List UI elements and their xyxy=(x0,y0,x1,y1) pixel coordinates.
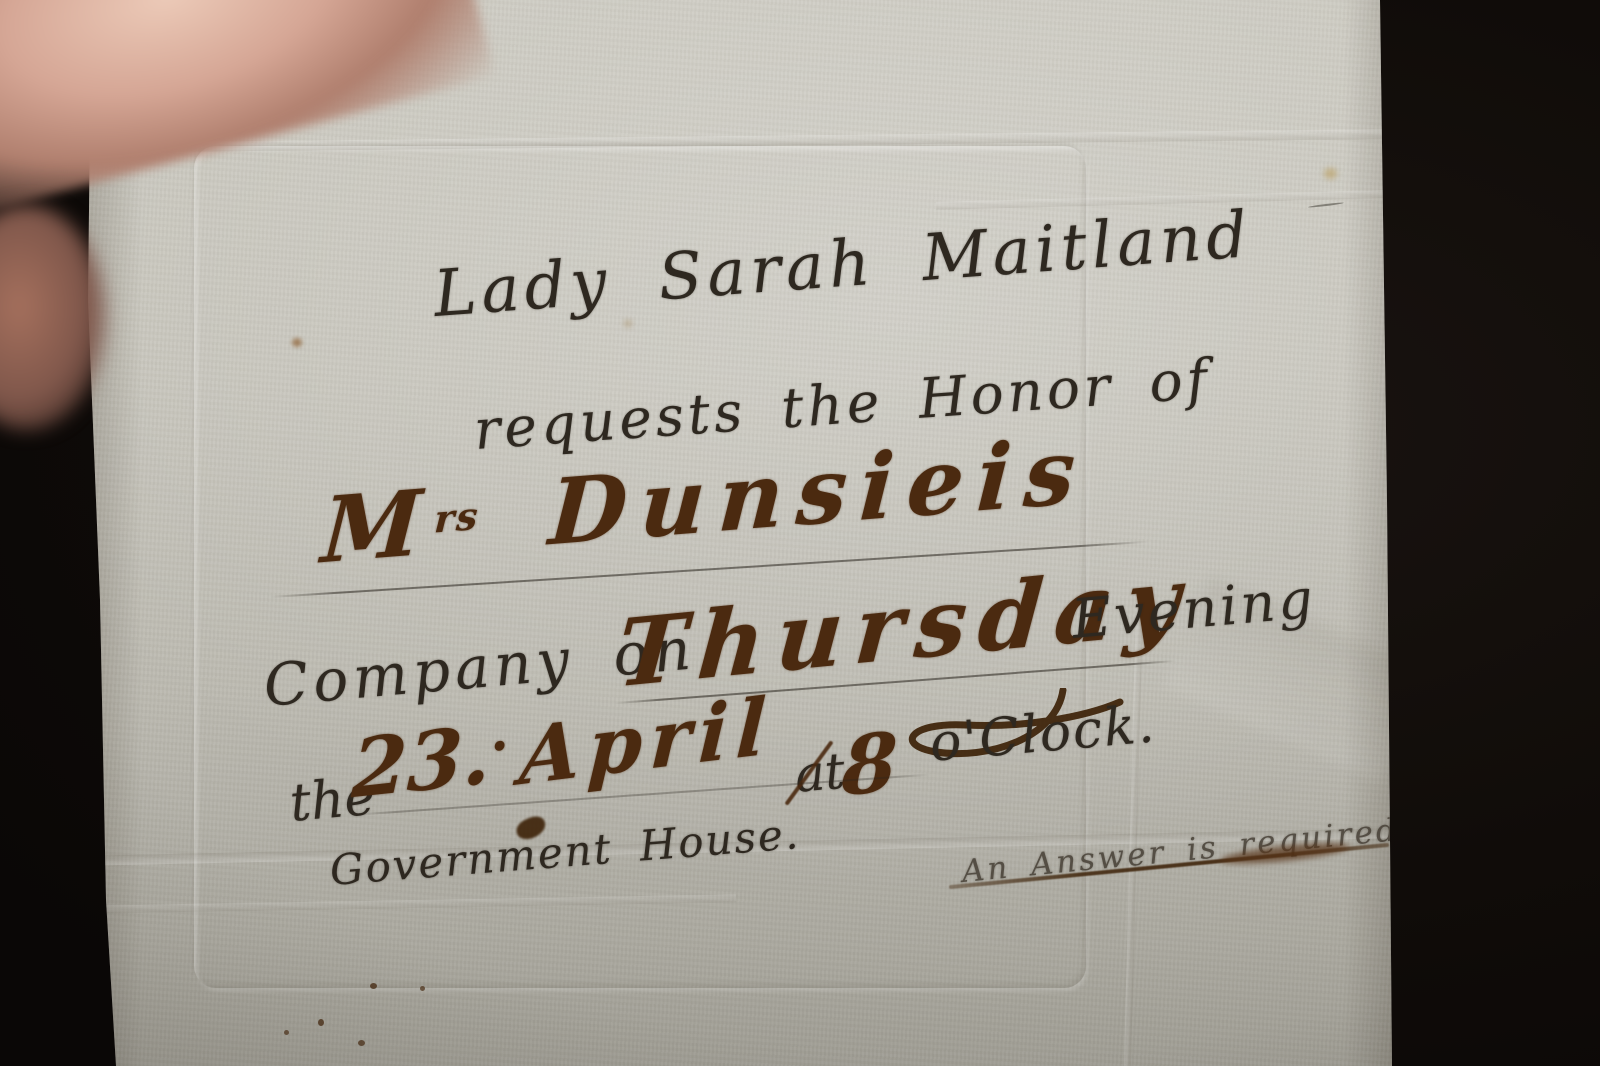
pencil-mark xyxy=(1308,202,1344,208)
guest-prefix-superscript: rs xyxy=(433,494,481,542)
fold-line xyxy=(1124,600,1143,1066)
ink-speck xyxy=(358,1040,365,1046)
invitation-card-paper: Lady Sarah Maitland requests the Honor o… xyxy=(76,0,1396,1066)
edge-stain xyxy=(74,420,88,510)
photograph: Lady Sarah Maitland requests the Honor o… xyxy=(0,0,1600,1066)
guest-prefix: M xyxy=(319,469,438,585)
hour-handwritten: 8 xyxy=(840,714,899,815)
ink-speck xyxy=(318,1019,324,1026)
date-handwritten: 23.• xyxy=(350,705,510,816)
at-label: at xyxy=(792,742,847,804)
fox-spot xyxy=(1324,168,1337,179)
ink-speck xyxy=(284,1030,289,1035)
date-ordinal-mark: • xyxy=(490,729,509,764)
